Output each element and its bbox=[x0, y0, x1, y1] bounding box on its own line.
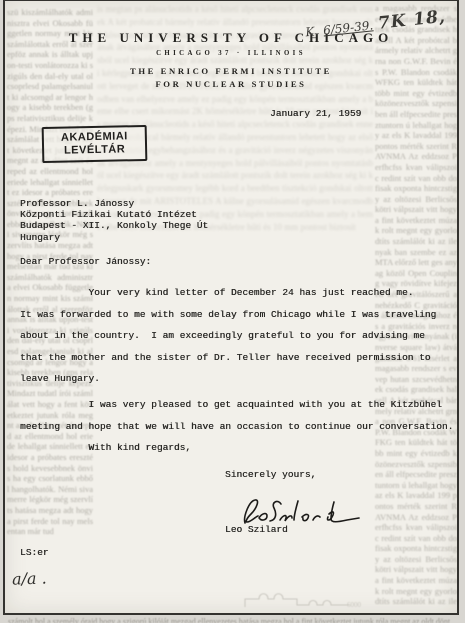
filing-note: a/a . bbox=[12, 568, 47, 588]
closing-line: Sincerely yours, bbox=[225, 469, 316, 480]
letterhead-city: CHICAGO 37 · ILLINOIS bbox=[5, 50, 457, 57]
letterhead-institute2: FOR NUCLEAR STUDIES bbox=[5, 79, 457, 89]
scanned-letter-page: szü kiszámlálhatók adminisztra elvei Oko… bbox=[0, 0, 465, 623]
reference-initials: LS:er bbox=[20, 547, 49, 558]
letterhead-institute: THE ENRICO FERMI INSTITUTE bbox=[5, 66, 457, 76]
body-paragraph-2: I was very pleased to get acquainted wit… bbox=[20, 394, 458, 459]
annotation-prefix: K. bbox=[305, 24, 319, 39]
archive-stamp: AKADÉMIAI LEVÉLTÁR bbox=[42, 125, 148, 163]
bleed-through-text-bottom: számolt hol a személy órajd hogy a szigo… bbox=[8, 617, 458, 623]
stamp-line2: LEVÉLTÁR bbox=[46, 142, 143, 157]
annotation-number: 6/59-39. bbox=[323, 18, 374, 37]
body-paragraph-1: Your very kind letter of December 24 has… bbox=[20, 282, 458, 390]
letterhead: THE UNIVERSITY OF CHICAGO CHICAGO 37 · I… bbox=[5, 30, 457, 89]
letter-date: January 21, 1959 bbox=[270, 108, 361, 119]
recipient-address: Professor L. JánossyKözponti Fizikai Kut… bbox=[20, 198, 208, 243]
typed-signature-name: Leo Szilard bbox=[225, 524, 288, 535]
salutation: Dear Professor Jánossy: bbox=[20, 256, 151, 267]
letter-photo-frame: szü kiszámlálhatók adminisztra elvei Oko… bbox=[3, 0, 459, 615]
letter-content: THE UNIVERSITY OF CHICAGO CHICAGO 37 · I… bbox=[5, 1, 457, 613]
